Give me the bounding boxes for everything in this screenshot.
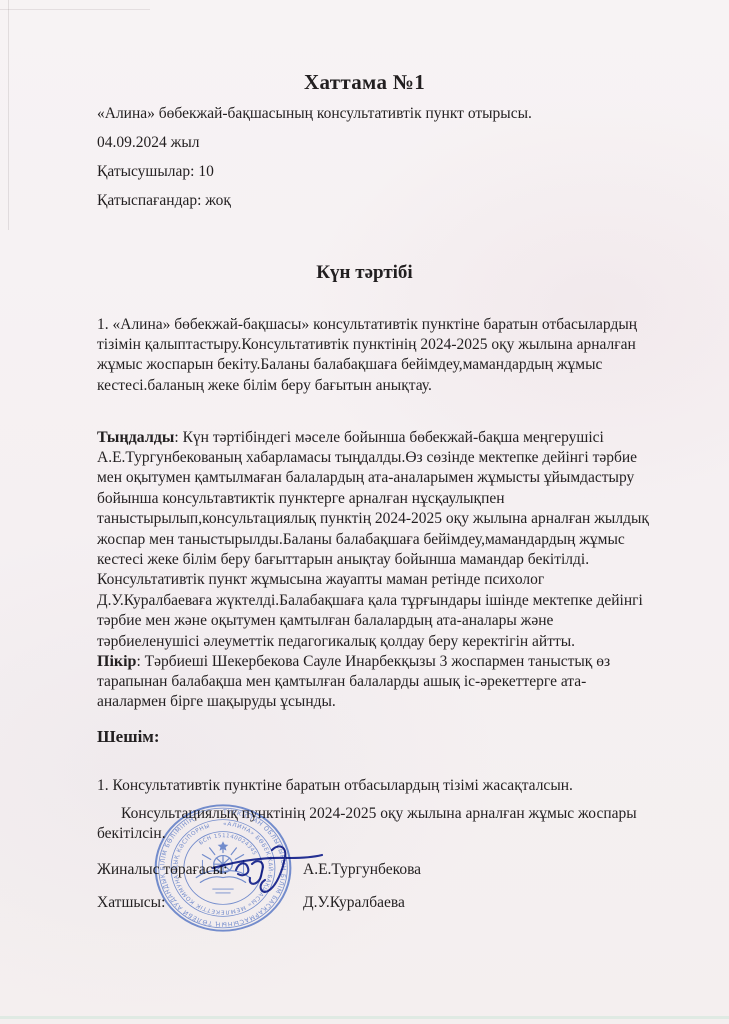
decision-item-1: 1. Консультативтік пунктіне баратын отба…: [97, 777, 657, 795]
meeting-subject-line: «Алина» бөбекжай-бақшасының консультатив…: [97, 105, 532, 123]
scan-edge-left: [8, 0, 9, 230]
opinion-paragraph: Пікір: Тәрбиеші Шекербекова Сауле Инарбе…: [97, 652, 655, 713]
heard-text: : Күн тәртібіндегі мәселе бойынша бөбекж…: [97, 429, 649, 650]
agenda-heading: Күн тәртібі: [0, 262, 729, 284]
meeting-date-line: 04.09.2024 жыл: [97, 134, 199, 152]
agenda-item-text: 1. «Алина» бөбекжай-бақшасы» консультати…: [97, 315, 655, 397]
heard-label: Тыңдалды: [97, 429, 174, 446]
absentees-line: Қатыспағандар: жоқ: [97, 192, 231, 210]
participants-line: Қатысушылар: 10: [97, 163, 214, 181]
chair-handwritten-signature: [210, 832, 335, 904]
scan-edge-top: [0, 9, 150, 10]
scanned-protocol-page: Хаттама №1 «Алина» бөбекжай-бақшасының к…: [0, 0, 729, 1024]
decision-heading: Шешім:: [97, 727, 160, 747]
scan-edge-bottom: [0, 1016, 729, 1019]
opinion-label: Пікір: [97, 653, 136, 670]
document-title: Хаттама №1: [0, 70, 729, 95]
opinion-text: : Тәрбиеші Шекербекова Сауле Инарбекқызы…: [97, 653, 610, 711]
heard-paragraph: Тыңдалды: Күн тәртібіндегі мәселе бойынш…: [97, 428, 655, 652]
